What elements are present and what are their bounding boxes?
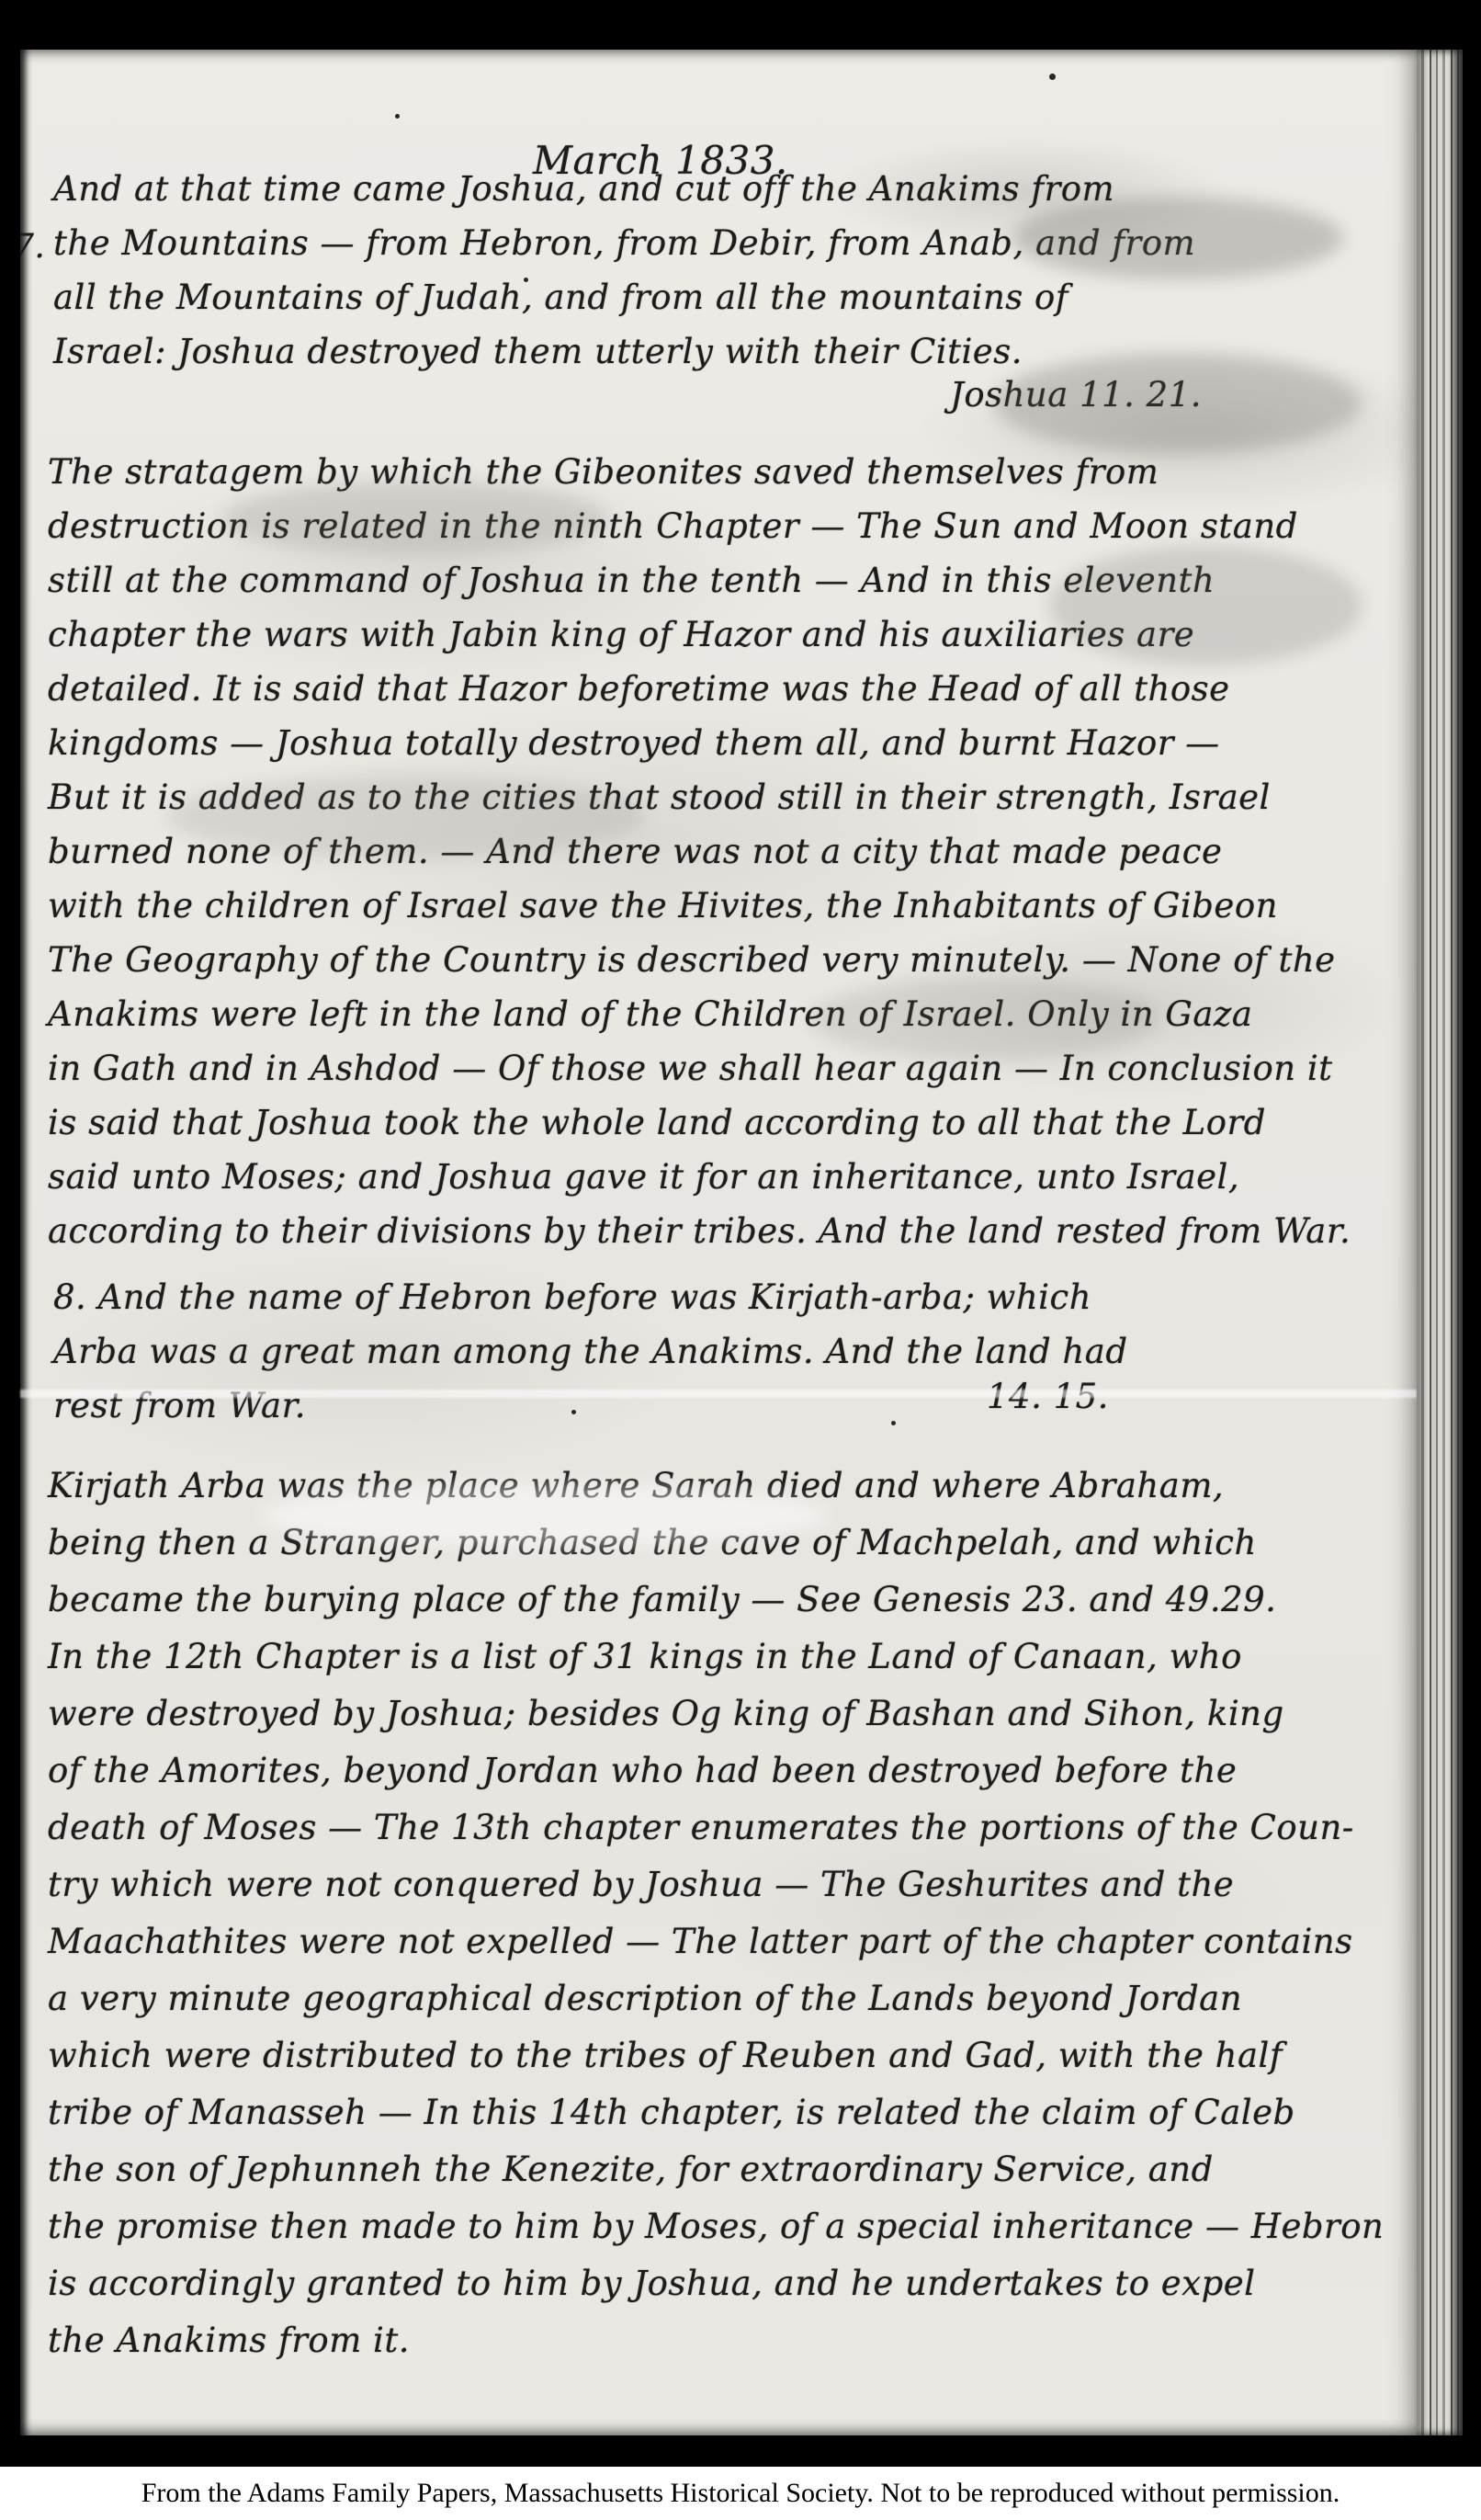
ink-speck	[571, 1410, 576, 1414]
commentary-paragraph-1: The stratagem by which the Gibeonites sa…	[48, 445, 1351, 1258]
scripture-quote-joshua-11-21: And at that time came Joshua, and cut of…	[53, 162, 1195, 379]
commentary-paragraph-2: Kirjath Arba was the place where Sarah d…	[48, 1458, 1384, 2369]
manuscript-scan: 7. March 1833. And at that time came Jos…	[0, 0, 1481, 2520]
credit-footer: From the Adams Family Papers, Massachuse…	[0, 2467, 1481, 2520]
credit-text: From the Adams Family Papers, Massachuse…	[141, 2478, 1340, 2509]
ink-speck	[524, 278, 528, 282]
entry-number-7: 7.	[20, 228, 45, 266]
book-page-edges	[1417, 50, 1463, 2435]
scripture-quote-joshua-14-15: 8. And the name of Hebron before was Kir…	[53, 1270, 1128, 1433]
manuscript-page: 7. March 1833. And at that time came Jos…	[20, 50, 1417, 2435]
ink-speck	[891, 1421, 896, 1425]
scripture-citation: Joshua 11. 21.	[950, 375, 1202, 414]
ink-speck	[395, 114, 400, 119]
ink-speck	[1049, 74, 1056, 80]
scan-artifact-line	[20, 1390, 1417, 1398]
